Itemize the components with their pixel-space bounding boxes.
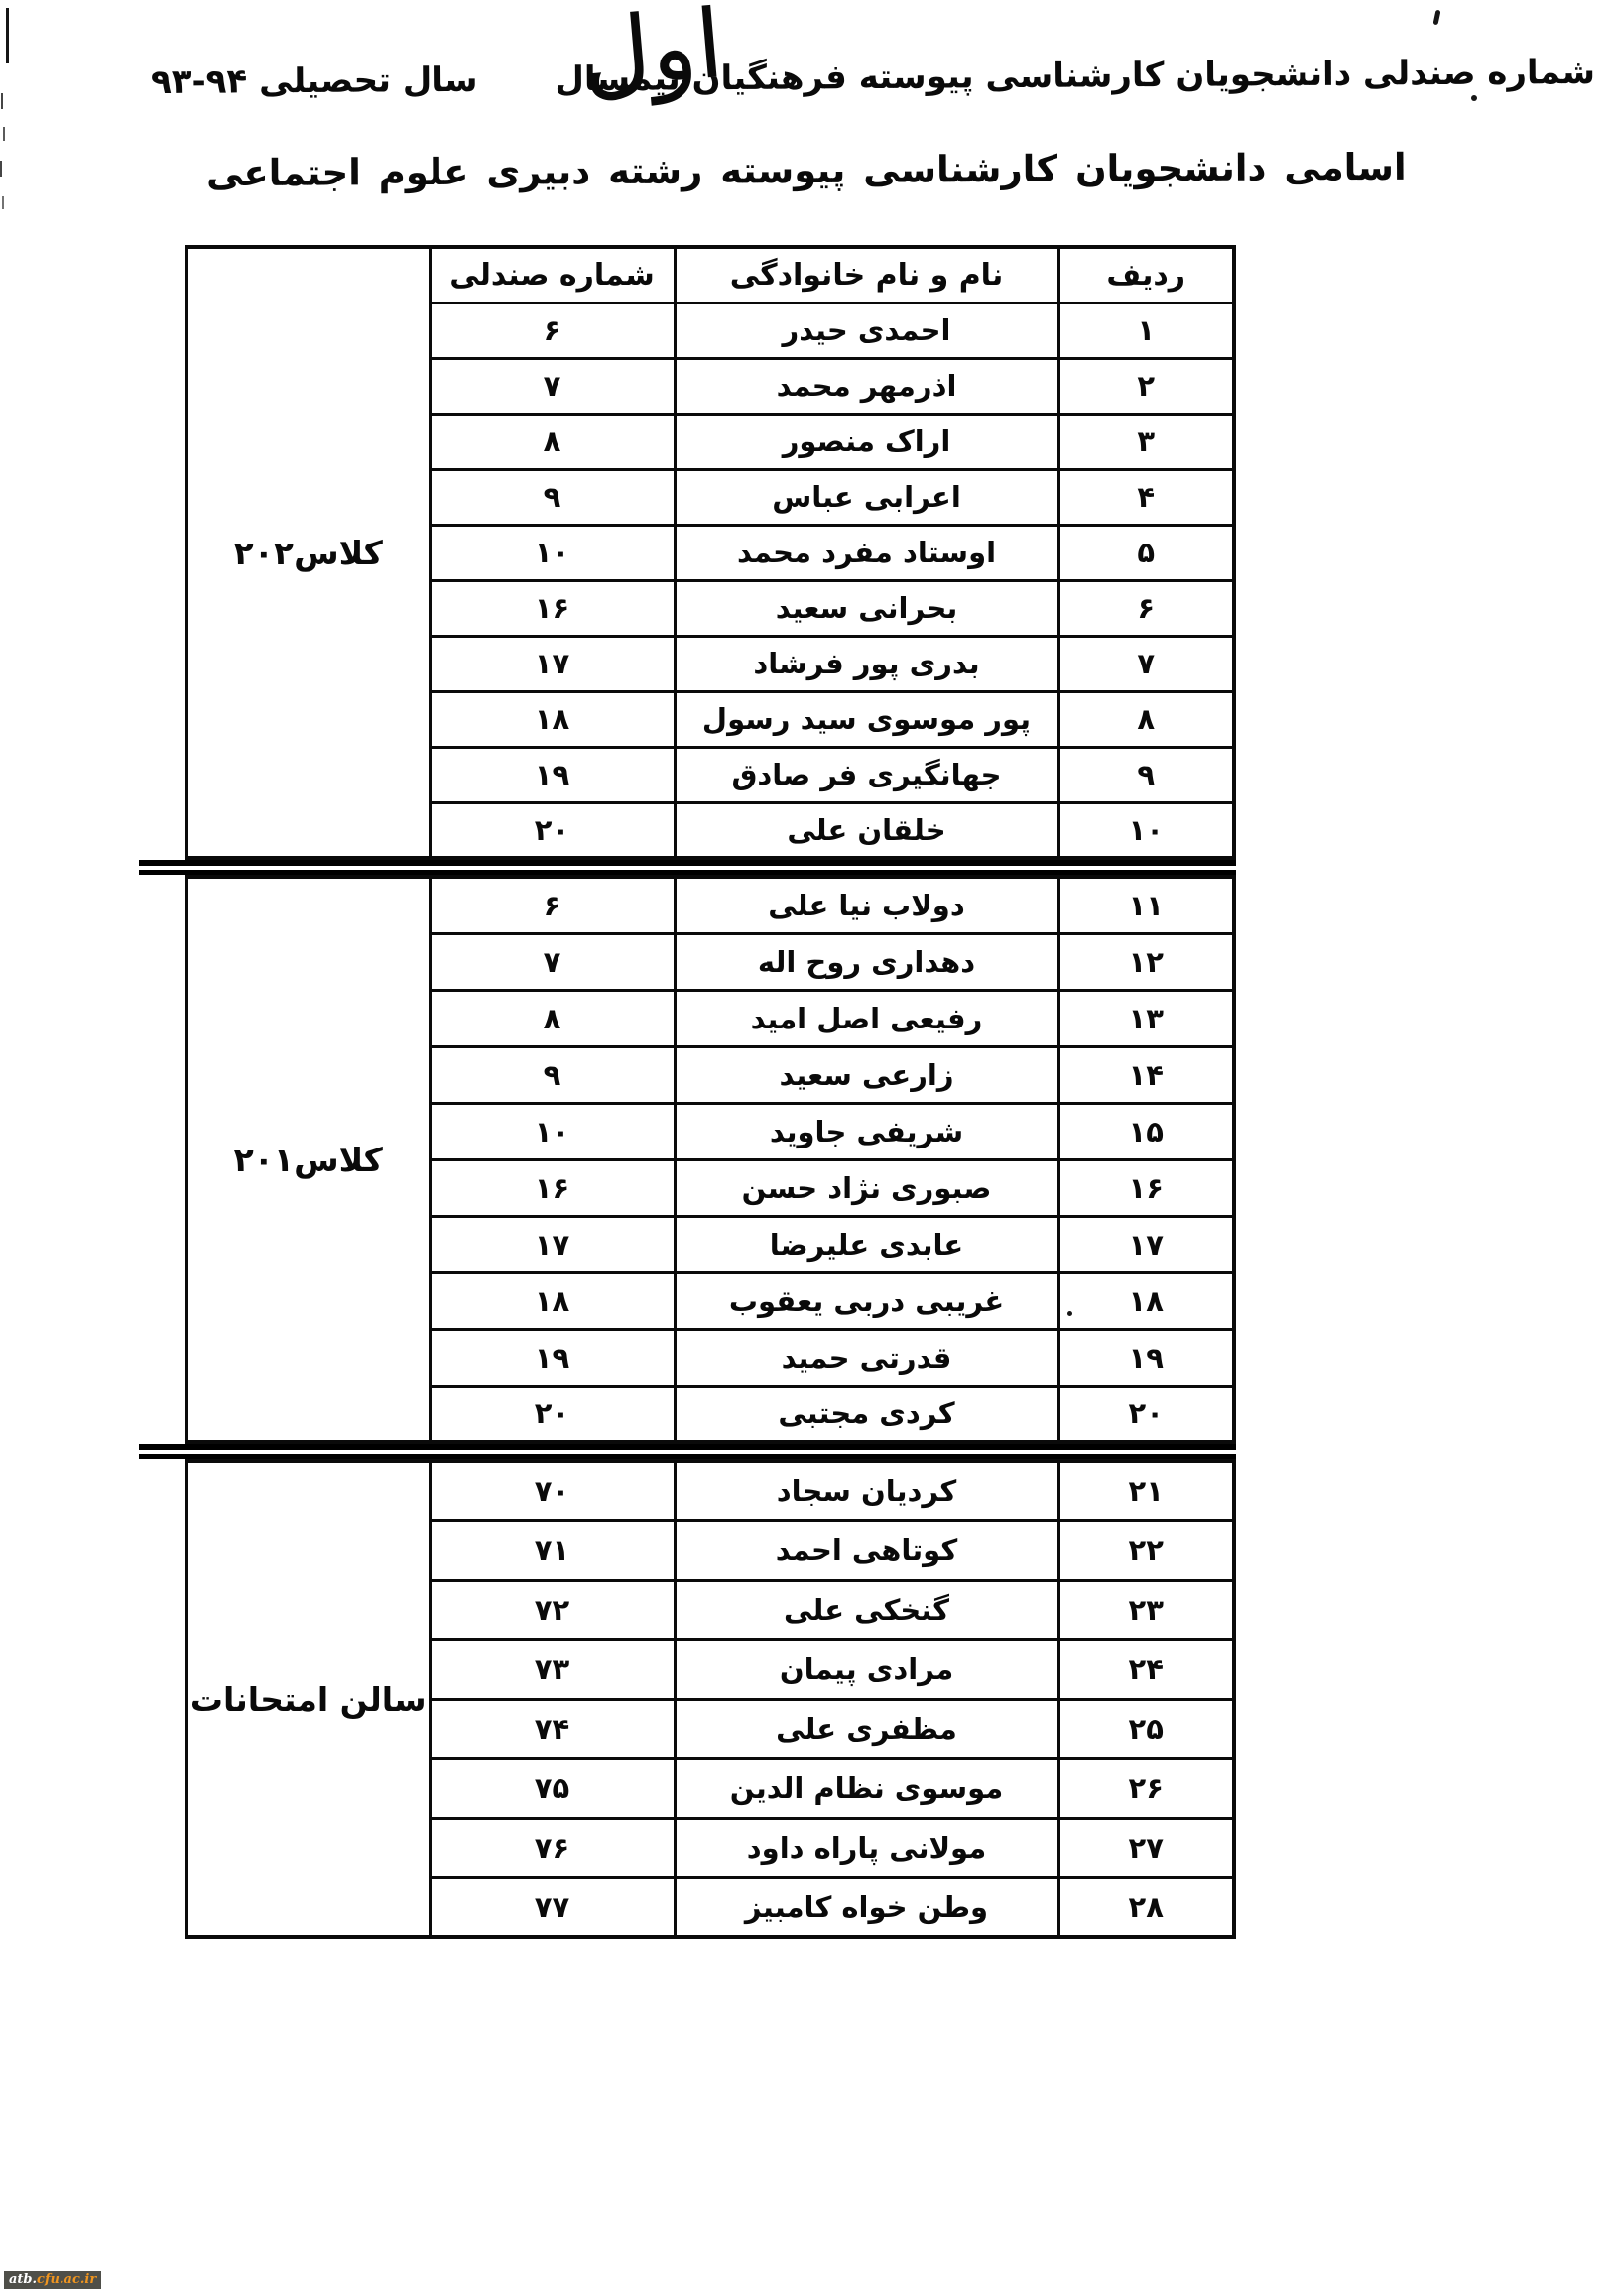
table-row: ۲۱ کردیان سجاد ۷۰ سالن امتحانات	[186, 1461, 1234, 1520]
seat-cell: ۱۸	[430, 1272, 675, 1329]
radif-cell: ۲۳	[1058, 1580, 1234, 1639]
name-cell: مظفری علی	[675, 1699, 1058, 1758]
seat-cell: ۱۰	[430, 1103, 675, 1159]
seat-cell: ۷	[430, 933, 675, 990]
name-cell: اراک منصور	[675, 414, 1058, 469]
seat-cell: ۱۹	[430, 1329, 675, 1386]
name-cell: خلقان علی	[675, 802, 1058, 858]
academic-year-text: سال تحصیلی ۹۴-۹۳	[151, 60, 478, 102]
radif-cell: ۲۴	[1058, 1639, 1234, 1699]
name-cell: شریفی جاوید	[675, 1103, 1058, 1159]
name-cell: رفیعی اصل امید	[675, 990, 1058, 1046]
radif-cell: ۱۸	[1058, 1272, 1234, 1329]
seat-cell: ۱۸	[430, 691, 675, 747]
scan-artifact	[1, 93, 3, 109]
radif-cell: ۱۷	[1058, 1216, 1234, 1272]
name-cell: کردیان سجاد	[675, 1461, 1058, 1520]
seat-cell: ۷۰	[430, 1461, 675, 1520]
radif-cell: ۷	[1058, 636, 1234, 691]
seat-cell: ۱۰	[430, 525, 675, 580]
watermark-domain: cfu.ac.ir	[37, 2272, 96, 2287]
name-cell: دهداری روح اله	[675, 933, 1058, 990]
scan-artifact	[1432, 10, 1440, 26]
radif-cell: ۱۰	[1058, 802, 1234, 858]
page-title: اسامی دانشجویان کارشناسی پیوسته رشته دبی…	[206, 146, 1407, 194]
seat-cell: ۶	[430, 302, 675, 358]
name-cell: بدری پور فرشاد	[675, 636, 1058, 691]
name-cell: پور موسوی سید رسول	[675, 691, 1058, 747]
seat-cell: ۷۶	[430, 1818, 675, 1877]
name-cell: دولاب نیا علی	[675, 877, 1058, 933]
radif-cell: ۲۰	[1058, 1386, 1234, 1442]
seat-cell: ۹	[430, 469, 675, 525]
radif-cell: ۵	[1058, 525, 1234, 580]
seat-cell: ۱۶	[430, 1159, 675, 1216]
name-cell: اوستاد مفرد محمد	[675, 525, 1058, 580]
radif-cell: ۸	[1058, 691, 1234, 747]
seat-cell: ۷۲	[430, 1580, 675, 1639]
group-label-exam-hall: سالن امتحانات	[186, 1461, 430, 1937]
name-cell: موسوی نظام الدین	[675, 1758, 1058, 1818]
radif-cell: ۲۵	[1058, 1699, 1234, 1758]
radif-cell: ۱۲	[1058, 933, 1234, 990]
scanned-document-page: شماره صندلی دانشجویان کارشناسی پیوسته فر…	[0, 0, 1611, 2296]
seat-table-class-202: ردیف نام و نام خانوادگی شماره صندلی کلاس…	[185, 245, 1236, 860]
scan-artifact	[6, 8, 9, 63]
seat-cell: ۷۴	[430, 1699, 675, 1758]
seat-cell: ۲۰	[430, 802, 675, 858]
seat-cell: ۸	[430, 990, 675, 1046]
handwritten-semester-aval: اول	[577, 0, 727, 103]
radif-cell: ۱	[1058, 302, 1234, 358]
radif-cell: ۱۶	[1058, 1159, 1234, 1216]
radif-cell: ۱۹	[1058, 1329, 1234, 1386]
radif-cell: ۲۶	[1058, 1758, 1234, 1818]
seat-table-exam-hall: ۲۱ کردیان سجاد ۷۰ سالن امتحانات ۲۲کوتاهی…	[185, 1459, 1236, 1939]
radif-cell: ۲	[1058, 358, 1234, 414]
scan-artifact	[1471, 95, 1477, 101]
radif-cell: ۲۸	[1058, 1877, 1234, 1937]
name-cell: کردی مجتبی	[675, 1386, 1058, 1442]
name-cell: بحرانی سعید	[675, 580, 1058, 636]
name-cell: احمدی حیدر	[675, 302, 1058, 358]
radif-cell: ۲۲	[1058, 1520, 1234, 1580]
seat-cell: ۱۹	[430, 747, 675, 802]
group-separator-line	[139, 1444, 1236, 1459]
seat-cell: ۲۰	[430, 1386, 675, 1442]
name-cell: جهانگیری فر صادق	[675, 747, 1058, 802]
seat-cell: ۷۵	[430, 1758, 675, 1818]
seat-cell: ۷	[430, 358, 675, 414]
seating-table: ردیف نام و نام خانوادگی شماره صندلی کلاس…	[188, 245, 1236, 1939]
seat-cell: ۹	[430, 1046, 675, 1103]
seat-cell: ۶	[430, 877, 675, 933]
name-cell: صبوری نژاد حسن	[675, 1159, 1058, 1216]
watermark: atb.cfu.ac.ir	[4, 2271, 101, 2289]
radif-cell: ۱۴	[1058, 1046, 1234, 1103]
radif-cell: ۳	[1058, 414, 1234, 469]
radif-cell: ۱۳	[1058, 990, 1234, 1046]
scan-artifact	[3, 127, 5, 141]
name-cell: گنخکی علی	[675, 1580, 1058, 1639]
radif-cell: ۲۱	[1058, 1461, 1234, 1520]
name-cell: کوتاهی احمد	[675, 1520, 1058, 1580]
seat-cell: ۷۷	[430, 1877, 675, 1937]
seat-cell: ۱۷	[430, 1216, 675, 1272]
scan-artifact	[0, 161, 2, 177]
name-cell: قدرتی حمید	[675, 1329, 1058, 1386]
group-label-class-201: کلاس۲۰۱	[186, 877, 430, 1442]
radif-cell: ۱۱	[1058, 877, 1234, 933]
radif-cell: ۴	[1058, 469, 1234, 525]
radif-cell: ۱۵	[1058, 1103, 1234, 1159]
seat-cell: ۷۱	[430, 1520, 675, 1580]
name-cell: غریبی دربی یعقوب	[675, 1272, 1058, 1329]
radif-cell: ۹	[1058, 747, 1234, 802]
seat-cell: ۱۶	[430, 580, 675, 636]
scan-artifact	[2, 196, 4, 209]
col-header-name: نام و نام خانوادگی	[675, 247, 1058, 302]
col-header-seat: شماره صندلی	[430, 247, 675, 302]
seat-cell: ۱۷	[430, 636, 675, 691]
group-separator-line	[139, 860, 1236, 875]
name-cell: اذرمهر محمد	[675, 358, 1058, 414]
watermark-prefix: atb.	[9, 2272, 37, 2287]
seat-table-class-201: ۱۱ دولاب نیا علی ۶ کلاس۲۰۱ ۱۲دهداری روح …	[185, 875, 1236, 1444]
name-cell: اعرابی عباس	[675, 469, 1058, 525]
radif-cell: ۲۷	[1058, 1818, 1234, 1877]
radif-cell: ۶	[1058, 580, 1234, 636]
name-cell: مولانی پاراه داود	[675, 1818, 1058, 1877]
col-header-radif: ردیف	[1058, 247, 1234, 302]
table-header-row: ردیف نام و نام خانوادگی شماره صندلی کلاس…	[186, 247, 1234, 302]
name-cell: وطن خواه کامبیز	[675, 1877, 1058, 1937]
seat-cell: ۷۳	[430, 1639, 675, 1699]
group-label-class-202: کلاس۲۰۲	[186, 247, 430, 858]
seat-cell: ۸	[430, 414, 675, 469]
header-line: شماره صندلی دانشجویان کارشناسی پیوسته فر…	[151, 53, 1595, 102]
name-cell: عابدی علیرضا	[675, 1216, 1058, 1272]
table-row: ۱۱ دولاب نیا علی ۶ کلاس۲۰۱	[186, 877, 1234, 933]
name-cell: مرادی پیمان	[675, 1639, 1058, 1699]
name-cell: زارعی سعید	[675, 1046, 1058, 1103]
